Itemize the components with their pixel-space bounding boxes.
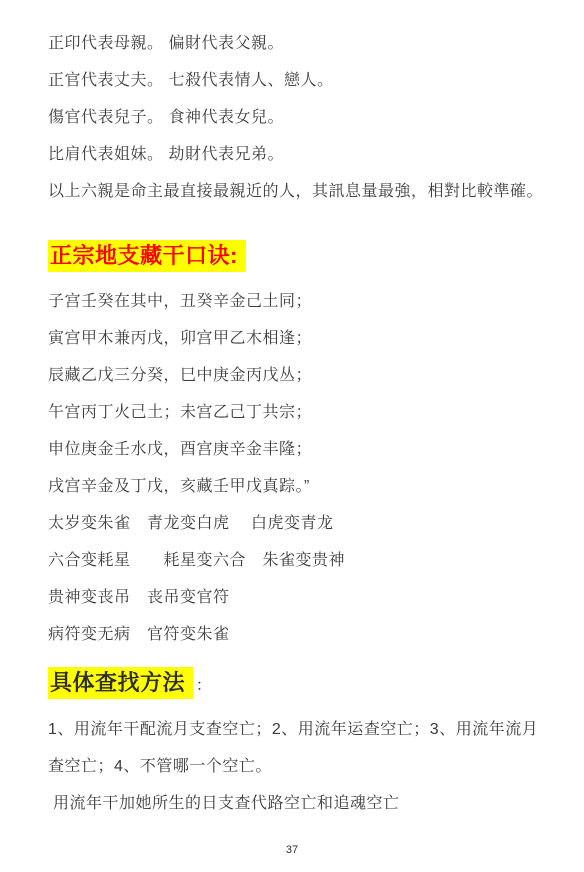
section2-heading-highlight: 具体查找方法 — [48, 667, 193, 699]
method-line: 1、用流年干配流月支查空亡；2、用流年运查空亡；3、用流年流月 — [48, 720, 554, 739]
section2-heading-colon: ： — [196, 677, 212, 694]
intro-summary-line: 以上六親是命主最直接最親近的人，其訊息量最強，相對比較準確。 — [48, 182, 554, 201]
poem-line: 戌宫辛金及丁戊，亥藏壬甲戊真踪。” — [48, 477, 554, 496]
section1-heading-highlight: 正宗地支藏干口诀: — [48, 240, 246, 272]
section1-heading: 正宗地支藏干口诀: — [48, 241, 554, 270]
page-content: 正印代表母親。 偏財代表父親。 正官代表丈夫。 七殺代表情人、戀人。 傷官代表兒… — [0, 0, 584, 813]
intro-line: 正官代表丈夫。 七殺代表情人、戀人。 — [48, 71, 554, 90]
document-page: 正印代表母親。 偏財代表父親。 正官代表丈夫。 七殺代表情人、戀人。 傷官代表兒… — [0, 0, 584, 872]
spirit-line: 病符变无病 官符变朱雀 — [48, 625, 554, 644]
section2-heading: 具体查找方法： — [48, 668, 554, 700]
poem-line: 辰藏乙戊三分癸，巳中庚金丙戊丛； — [48, 366, 554, 385]
intro-line: 傷官代表兒子。 食神代表女兒。 — [48, 108, 554, 127]
spirit-line: 贵神变丧吊 丧吊变官符 — [48, 588, 554, 607]
spirit-line: 六合变耗星 耗星变六合 朱雀变贵神 — [48, 551, 554, 570]
page-number: 37 — [0, 844, 584, 856]
poem-line: 申位庚金壬水戊，酉宫庚辛金丰隆； — [48, 440, 554, 459]
method-line: 用流年干加她所生的日支查代路空亡和追魂空亡 — [48, 794, 554, 813]
poem-line: 寅宫甲木兼丙戊，卯宫甲乙木相逢； — [48, 329, 554, 348]
intro-line: 正印代表母親。 偏財代表父親。 — [48, 34, 554, 53]
method-line: 查空亡；4、不管哪一个空亡。 — [48, 757, 554, 776]
spirit-line: 太岁变朱雀 青龙变白虎 白虎变青龙 — [48, 514, 554, 533]
poem-line: 午宫丙丁火己土；未宫乙己丁共宗； — [48, 403, 554, 422]
intro-line: 比肩代表姐妹。 劫財代表兄弟。 — [48, 145, 554, 164]
poem-line: 子宫壬癸在其中，丑癸辛金己土同； — [48, 292, 554, 311]
